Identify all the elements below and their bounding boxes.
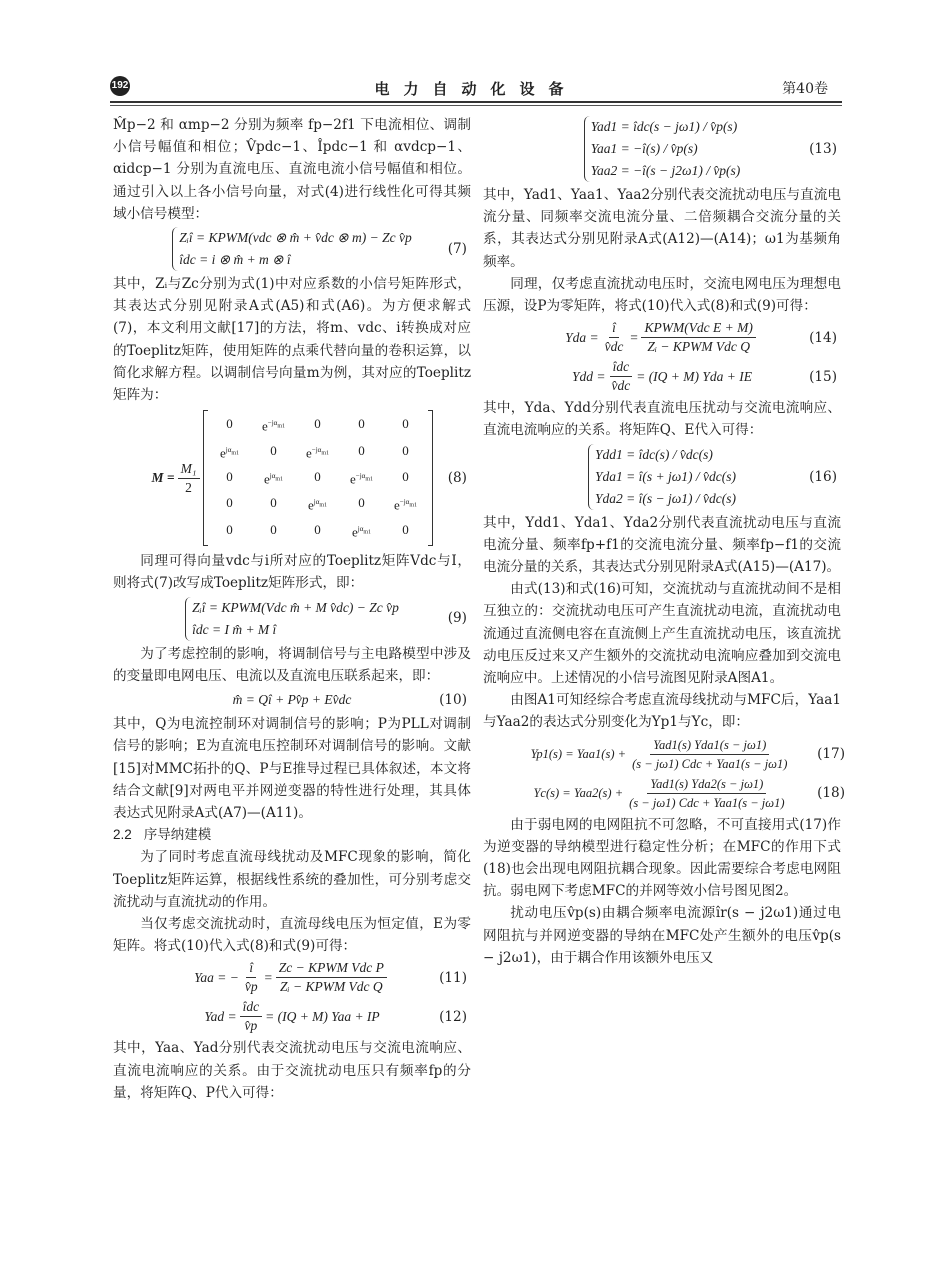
paragraph: 由于弱电网的电网阻抗不可忽略，不可直接用式(17)作为逆变器的导纳模型进行稳定性…	[483, 814, 841, 903]
fraction-numerator: Yad1(s) Yda2(s − jω1)	[647, 775, 766, 794]
fraction: Yad1(s) Yda2(s − jω1) (s − jω1) Cdc + Ya…	[626, 775, 787, 812]
equation-line: Yad1 = îdc(s − jω1) / v̂p(s)	[591, 116, 741, 138]
header-rule-thin	[110, 105, 842, 106]
equation-9: Zᵢî = KPWM(Vdc m̂ + M v̂dc) − Zc v̂p îdc…	[113, 597, 471, 641]
matrix-cell: 0	[296, 518, 340, 544]
journal-title: 电力自动化设备	[110, 78, 842, 99]
equation-number: (11)	[439, 967, 467, 989]
equation-number: (18)	[817, 782, 845, 804]
fraction-denominator: v̂dc	[602, 338, 627, 356]
matrix-cell: e−jαm1	[252, 412, 296, 438]
matrix-cell: 0	[252, 439, 296, 465]
paragraph: 扰动电压v̂p(s)由耦合频率电流源îr(s − j2ω1)通过电网阻抗与并网逆…	[483, 902, 841, 969]
equation-12: Yad = îdc v̂p = (IQ + M) Yaa + IP (12)	[113, 998, 471, 1035]
equation-11: Yaa = − î v̂p = Zc − KPWM Vdc P Zᵢ − KPW…	[113, 959, 471, 996]
fraction-denominator: v̂p	[241, 1017, 260, 1035]
left-column: M̂p−2 和 αmp−2 分别为频率 fp−2f1 下电流相位、调制小信号幅值…	[113, 114, 471, 1104]
equation-number: (13)	[809, 138, 837, 160]
paragraph: M̂p−2 和 αmp−2 分别为频率 fp−2f1 下电流相位、调制小信号幅值…	[113, 114, 471, 225]
paragraph: 当仅考虑交流扰动时，直流母线电压为恒定值，E为零矩阵。将式(10)代入式(8)和…	[113, 913, 471, 957]
fraction: M₁ 2	[178, 460, 200, 497]
paragraph: 同理可得向量vdc与i所对应的Toeplitz矩阵Vdc与I，则将式(7)改写成…	[113, 550, 471, 594]
fraction-denominator: 2	[182, 479, 195, 497]
equation-line: Yda1 = î(s + jω1) / v̂dc(s)	[595, 466, 736, 488]
toeplitz-matrix: 0e−jαm1000ejαm10e−jαm1000ejαm10e−jαm1000…	[203, 410, 433, 546]
section-number: 2.2	[113, 827, 132, 842]
equation-18: Yc(s) = Yaa2(s) + Yad1(s) Yda2(s − jω1) …	[483, 775, 841, 812]
equation-line: Yda2 = î(s − jω1) / v̂dc(s)	[595, 488, 736, 510]
equation-line: Ydd1 = îdc(s) / v̂dc(s)	[595, 444, 736, 466]
equation-lhs: M =	[151, 467, 174, 489]
fraction: î v̂dc	[602, 319, 627, 356]
fraction-denominator: (s − jω1) Cdc + Yaa1(s − jω1)	[629, 755, 790, 773]
matrix-cell: ejαm1	[252, 465, 296, 491]
matrix-cell: 0	[340, 491, 384, 517]
equation-line: îdc = i ⊗ m̂ + m ⊗ î	[179, 249, 411, 271]
matrix-cell: 0	[252, 518, 296, 544]
paragraph: 其中，Yaa、Yad分别代表交流扰动电压与交流电流响应、直流电流响应的关系。由于…	[113, 1037, 471, 1104]
matrix-cell: ejαm1	[296, 491, 340, 517]
equation-lhs: Yc(s) = Yaa2(s) +	[533, 782, 623, 804]
matrix-cell: 0	[384, 412, 428, 438]
matrix-cell: 0	[208, 491, 252, 517]
equation-10: m̂ = Qî + Pv̂p + Ev̂dc (10)	[113, 689, 471, 711]
paragraph: 同理，仅考虑直流扰动电压时，交流电网电压为理想电压源，设P为零矩阵，将式(10)…	[483, 273, 841, 317]
matrix-cell: ejαm1	[340, 518, 384, 544]
matrix-cell: 0	[296, 412, 340, 438]
volume-label: 第40卷	[782, 78, 828, 98]
paragraph: 为了考虑控制的影响，将调制信号与主电路模型中涉及的变量即电网电压、电流以及直流电…	[113, 643, 471, 687]
fraction: îdc v̂p	[240, 998, 263, 1035]
fraction: KPWM(Vdc E + M) Zᵢ − KPWM Vdc Q	[641, 319, 755, 356]
paragraph: 其中，Yda、Ydd分别代表直流电压扰动与交流电流响应、直流电流响应的关系。将矩…	[483, 397, 841, 441]
fraction: Yad1(s) Yda1(s − jω1) (s − jω1) Cdc + Ya…	[629, 736, 790, 773]
equation-rhs: = (IQ + M) Yda + IE	[636, 366, 752, 388]
equation-body: m̂ = Qî + Pv̂p + Ev̂dc	[233, 689, 352, 711]
fraction-denominator: Zᵢ − KPWM Vdc Q	[277, 978, 386, 996]
fraction-numerator: î	[609, 319, 619, 338]
matrix-cell: e−jαm1	[384, 491, 428, 517]
equation-line: Zᵢî = KPWM(Vdc m̂ + M v̂dc) − Zc v̂p	[192, 597, 399, 619]
paragraph: 其中，Q为电流控制环对调制信号的影响；P为PLL对调制信号的影响；E为直流电压控…	[113, 713, 471, 824]
paragraph: 由图A1可知经综合考虑直流母线扰动与MFC后，Yaa1与Yaa2的表达式分别变化…	[483, 689, 841, 733]
fraction: î v̂p	[242, 959, 261, 996]
equation-lhs: Yp1(s) = Yaa1(s) +	[531, 743, 626, 765]
matrix-cell: 0	[384, 518, 428, 544]
fraction-numerator: Zc − KPWM Vdc P	[276, 959, 387, 978]
paragraph: 其中，Yad1、Yaa1、Yaa2分别代表交流扰动电压与直流电流分量、同频率交流…	[483, 184, 841, 273]
header-rule-thick	[110, 101, 842, 103]
equation-16: Ydd1 = îdc(s) / v̂dc(s) Yda1 = î(s + jω1…	[483, 444, 841, 510]
equation-lhs: Yad =	[204, 1006, 236, 1028]
equation-lhs: Ydd =	[572, 366, 606, 388]
equation-7: Zᵢî = KPWM(vdc ⊗ m̂ + v̂dc ⊗ m) − Zc v̂p…	[113, 227, 471, 271]
matrix-cell: 0	[340, 412, 384, 438]
matrix-cell: 0	[252, 491, 296, 517]
fraction: Zc − KPWM Vdc P Zᵢ − KPWM Vdc Q	[276, 959, 387, 996]
equation-line: îdc = I m̂ + M î	[192, 619, 399, 641]
matrix-cell: 0	[384, 439, 428, 465]
equation-lhs: Yaa = −	[194, 967, 239, 989]
matrix-cell: 0	[296, 465, 340, 491]
equation-number: (12)	[439, 1006, 467, 1028]
equation-number: (17)	[817, 743, 845, 765]
equation-number: (7)	[448, 238, 467, 260]
equation-15: Ydd = îdc v̂dc = (IQ + M) Yda + IE (15)	[483, 358, 841, 395]
fraction-numerator: î	[246, 959, 256, 978]
fraction-denominator: Zᵢ − KPWM Vdc Q	[644, 338, 753, 356]
equation-number: (10)	[439, 689, 467, 711]
fraction-numerator: îdc	[240, 998, 263, 1017]
matrix-cell: 0	[208, 412, 252, 438]
fraction: îdc v̂dc	[608, 358, 633, 395]
fraction-numerator: Yad1(s) Yda1(s − jω1)	[650, 736, 769, 755]
matrix-cell: 0	[208, 518, 252, 544]
matrix-cell: 0	[208, 465, 252, 491]
matrix-cell: 0	[384, 465, 428, 491]
equation-number: (8)	[448, 467, 467, 489]
matrix-cell: e−jαm1	[296, 439, 340, 465]
equation-lhs: Yda =	[565, 327, 599, 349]
matrix-cell: 0	[340, 439, 384, 465]
equation-line: Yaa2 = −î(s − j2ω1) / v̂p(s)	[591, 160, 741, 182]
fraction-denominator: (s − jω1) Cdc + Yaa1(s − jω1)	[626, 794, 787, 812]
fraction-numerator: KPWM(Vdc E + M)	[641, 319, 755, 338]
fraction-numerator: M₁	[178, 460, 200, 479]
equation-number: (15)	[809, 366, 837, 388]
section-title: 序导纳建模	[144, 827, 212, 842]
equation-line: Zᵢî = KPWM(vdc ⊗ m̂ + v̂dc ⊗ m) − Zc v̂p	[179, 227, 411, 249]
running-header: 192 电力自动化设备 第40卷	[110, 74, 842, 102]
equation-17: Yp1(s) = Yaa1(s) + Yad1(s) Yda1(s − jω1)…	[483, 736, 841, 773]
fraction-denominator: v̂p	[242, 978, 261, 996]
paragraph: 为了同时考虑直流母线扰动及MFC现象的影响，简化Toeplitz矩阵运算，根据线…	[113, 846, 471, 913]
equation-rhs: = (IQ + M) Yaa + IP	[265, 1006, 380, 1028]
equation-8: M = M₁ 2 0e−jαm1000ejαm10e−jαm1000ejαm10…	[113, 410, 471, 546]
equation-number: (14)	[809, 327, 837, 349]
fraction-denominator: v̂dc	[608, 377, 633, 395]
paragraph: 其中，Ydd1、Yda1、Yda2分别代表直流扰动电压与直流电流分量、频率fp+…	[483, 512, 841, 579]
matrix-cell: e−jαm1	[340, 465, 384, 491]
fraction-numerator: îdc	[610, 358, 633, 377]
equation-13: Yad1 = îdc(s − jω1) / v̂p(s) Yaa1 = −î(s…	[483, 116, 841, 182]
right-column: Yad1 = îdc(s − jω1) / v̂p(s) Yaa1 = −î(s…	[483, 114, 841, 969]
equation-line: Yaa1 = −î(s) / v̂p(s)	[591, 138, 741, 160]
paragraph: 其中，Zᵢ与Zc分别为式(1)中对应系数的小信号矩阵形式，其表达式分别见附录A式…	[113, 273, 471, 406]
equation-number: (9)	[448, 607, 467, 629]
section-heading: 2.2序导纳建模	[113, 824, 471, 846]
matrix-cell: ejαm1	[208, 439, 252, 465]
paragraph: 由式(13)和式(16)可知，交流扰动与直流扰动间不是相互独立的：交流扰动电压可…	[483, 578, 841, 689]
equation-number: (16)	[809, 466, 837, 488]
equation-14: Yda = î v̂dc = KPWM(Vdc E + M) Zᵢ − KPWM…	[483, 319, 841, 356]
